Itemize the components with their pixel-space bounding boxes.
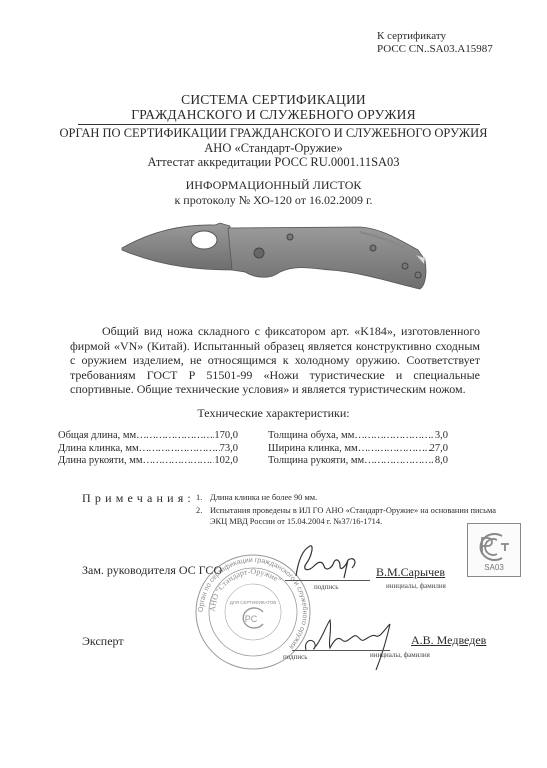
notes-list: 1.Длина клинка не более 90 мм. 2.Испытан… — [196, 492, 506, 529]
organ-name: ОРГАН ПО СЕРТИФИКАЦИИ ГРАЖДАНСКОГО И СЛУ… — [0, 126, 547, 141]
spec-label: Толщина обуха, мм — [268, 430, 354, 443]
rst-certification-mark-icon: SA03 — [467, 523, 521, 577]
signatory-name: В.М.Сарычев — [376, 565, 445, 580]
system-title: СИСТЕМА СЕРТИФИКАЦИИ ГРАЖДАНСКОГО И СЛУЖ… — [0, 92, 547, 122]
protocol-reference: к протоколу № ХО-120 от 16.02.2009 г. — [0, 193, 547, 208]
cert-mark-code: SA03 — [468, 563, 520, 572]
system-title-line2: ГРАЖДАНСКОГО И СЛУЖЕБНОГО ОРУЖИЯ — [0, 107, 547, 122]
spec-row: Ширина клинка, мм27,0 — [268, 443, 448, 456]
document-heading: ИНФОРМАЦИОННЫЙ ЛИСТОК — [0, 178, 547, 193]
spec-row: Толщина рукояти, мм8,0 — [268, 455, 448, 468]
note-item: 1.Длина клинка не более 90 мм. — [196, 492, 506, 503]
name-caption: инициалы, фамилия — [370, 651, 430, 659]
spec-label: Ширина клинка, мм — [268, 443, 358, 456]
note-item: 2.Испытания проведены в ИЛ ГО АНО «Станд… — [196, 505, 506, 527]
description-text: Общий вид ножа складного с фиксатором ар… — [70, 324, 480, 397]
specs-left-column: Общая длина, мм170,0 Длина клинка, мм73,… — [58, 430, 238, 468]
spec-row: Общая длина, мм170,0 — [58, 430, 238, 443]
header-divider — [78, 124, 480, 125]
spec-value: 27,0 — [430, 443, 448, 456]
spec-value: 3,0 — [435, 430, 448, 443]
svg-text:ДЛЯ СЕРТИФИКАТОВ: ДЛЯ СЕРТИФИКАТОВ — [230, 600, 277, 605]
note-text: Испытания проведены в ИЛ ГО АНО «Стандар… — [210, 505, 506, 527]
document-title: ИНФОРМАЦИОННЫЙ ЛИСТОК к протоколу № ХО-1… — [0, 178, 547, 207]
description-paragraph: Общий вид ножа складного с фиксатором ар… — [70, 324, 480, 397]
spec-label: Длина клинка, мм — [58, 443, 139, 456]
folding-knife-photo — [120, 210, 440, 310]
signature-caption: подпись — [283, 653, 307, 661]
certificate-ref-number: РОСС CN..SA03.A15987 — [377, 43, 497, 56]
spec-label: Длина рукояти, мм — [58, 455, 142, 468]
specs-right-column: Толщина обуха, мм3,0 Ширина клинка, мм27… — [268, 430, 448, 468]
spec-row: Длина клинка, мм73,0 — [58, 443, 238, 456]
spec-label: Толщина рукояти, мм — [268, 455, 364, 468]
svg-text:РС: РС — [245, 614, 258, 624]
specs-title: Технические характеристики: — [0, 406, 547, 421]
spec-value: 170,0 — [214, 430, 238, 443]
signature-1 — [288, 542, 368, 582]
spec-row: Длина рукояти, мм102,0 — [58, 455, 238, 468]
signatory-role: Зам. руководителя ОС ГСО — [82, 563, 222, 578]
spec-row: Толщина обуха, мм3,0 — [268, 430, 448, 443]
note-text: Длина клинка не более 90 мм. — [210, 492, 317, 503]
signature-2 — [300, 612, 400, 672]
spec-label: Общая длина, мм — [58, 430, 136, 443]
notes-label: Примечания: — [82, 491, 195, 506]
system-title-line1: СИСТЕМА СЕРТИФИКАЦИИ — [0, 92, 547, 107]
certificate-reference: К сертификату РОСС CN..SA03.A15987 — [377, 30, 497, 56]
spec-value: 73,0 — [220, 443, 238, 456]
accreditation: Аттестат аккредитации РОСС RU.0001.11SA0… — [0, 155, 547, 170]
expert-role: Эксперт — [82, 634, 124, 649]
signature-caption: подпись — [314, 583, 338, 591]
ano-name: АНО «Стандарт-Оружие» — [0, 141, 547, 156]
spec-value: 102,0 — [214, 455, 238, 468]
signature-line — [285, 580, 370, 581]
expert-name: А.В. Медведев — [411, 633, 486, 648]
organization-block: ОРГАН ПО СЕРТИФИКАЦИИ ГРАЖДАНСКОГО И СЛУ… — [0, 126, 547, 170]
spec-value: 8,0 — [435, 455, 448, 468]
name-caption: инициалы, фамилия — [386, 582, 446, 590]
certificate-ref-label: К сертификату — [377, 30, 497, 43]
